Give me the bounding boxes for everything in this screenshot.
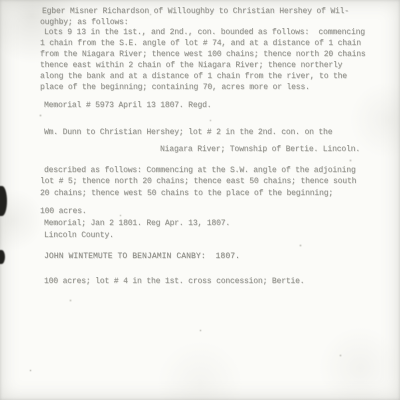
- document-line: place of the beginning; containing 70, a…: [40, 83, 310, 93]
- document-line: thence east within 2 chain of the Niagar…: [40, 61, 342, 71]
- memorial-note: Memorial; Jan 2 1801. Reg Apr. 13, 1807.: [44, 219, 230, 229]
- document-line: Wm. Dunn to Christian Hershey; lot # 2 i…: [44, 128, 332, 138]
- document-line: 100 acres.: [40, 207, 87, 217]
- document-line: from the Niagara River; thence west 100 …: [40, 50, 366, 60]
- document-line: lot # 5; thence north 20 chains; thence …: [40, 177, 356, 187]
- scanned-document-page: Egber Misner Richardson of Willoughby to…: [0, 0, 400, 400]
- record-heading: JOHN WINTEMUTE TO BENJAMIN CANBY: 1807.: [44, 252, 240, 262]
- memorial-note: Memorial # 5973 April 13 1807. Regd.: [44, 101, 211, 111]
- document-line: Lots 9 13 in the 1st., and 2nd., con. bo…: [44, 28, 365, 38]
- document-line: 1 chain from the S.E. angle of lot # 74,…: [40, 39, 361, 49]
- document-line: Egber Misner Richardson of Willoughby to…: [42, 7, 349, 17]
- county-line: Lincoln County.: [44, 231, 114, 241]
- document-line: oughby; as follows:: [40, 18, 128, 28]
- ink-smudge: [0, 186, 7, 216]
- scan-noise-speckles: [0, 0, 1, 1]
- document-line: along the bank and at a distance of 1 ch…: [40, 72, 347, 82]
- document-line: Niagara River; Township of Bertie. Linco…: [160, 145, 360, 155]
- document-line: 100 acres; lot # 4 in the 1st. cross con…: [44, 277, 304, 287]
- document-line: described as follows: Commencing at the …: [44, 166, 356, 176]
- ink-smudge: [0, 250, 5, 264]
- document-line: 20 chains; thence west 50 chains to the …: [40, 189, 333, 199]
